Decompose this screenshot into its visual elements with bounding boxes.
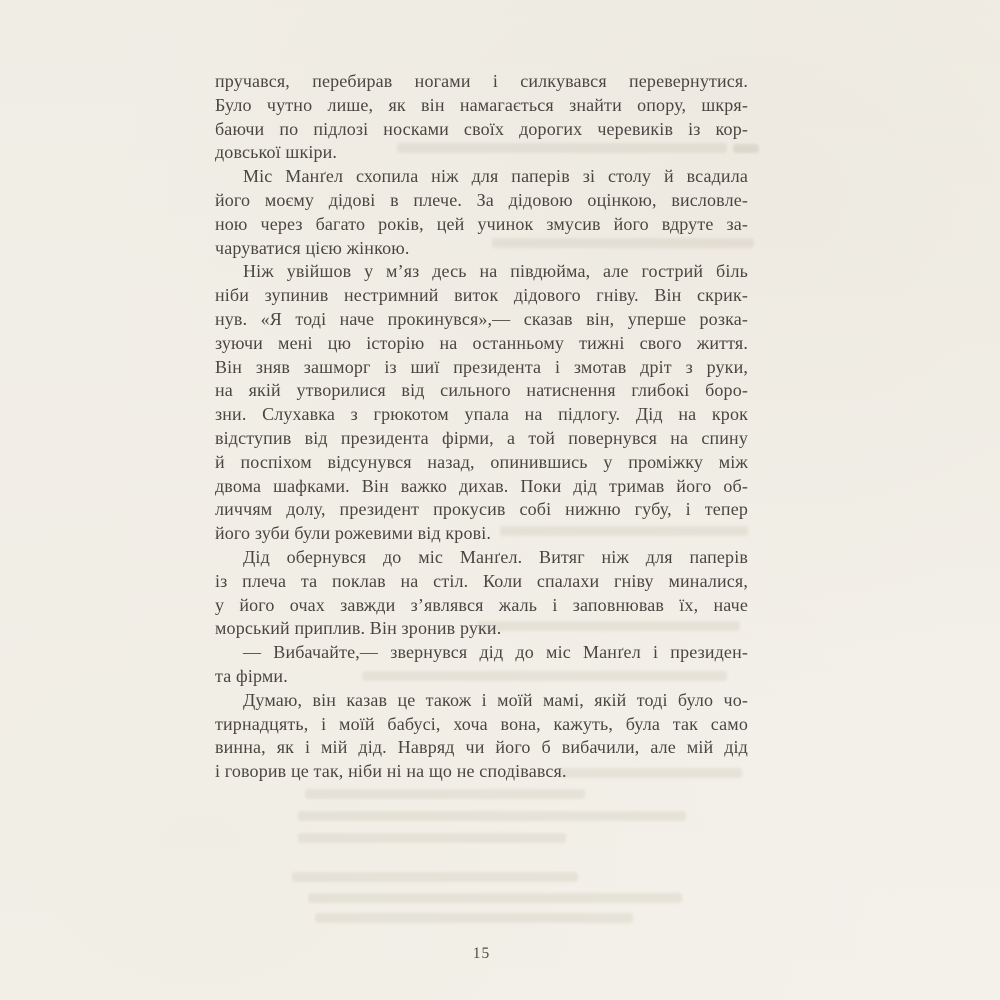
text-line: Було чутно лише, як він намагається знай… — [215, 94, 748, 118]
text-line: у його очах завжди з’являвся жаль і запо… — [215, 594, 748, 618]
text-line: відступив від президента фірми, а той по… — [215, 427, 748, 451]
bleed-through-line — [315, 913, 633, 923]
text-line: зни. Слухавка з грюкотом упала на підлог… — [215, 403, 748, 427]
paragraph: Міс Манґел схопила ніж для паперів зі ст… — [215, 165, 748, 260]
text-line: ніби зупинив нестримний виток дідового г… — [215, 284, 748, 308]
text-line: ною через багато років, цей учинок змуси… — [215, 213, 748, 237]
text-line: личчям долу, президент прокусив собі ниж… — [215, 498, 748, 522]
bleed-through-line — [305, 789, 585, 799]
bleed-through-line — [298, 811, 686, 821]
text-line: Дід обернувся до міс Манґел. Витяг ніж д… — [215, 546, 748, 570]
bleed-through-line — [292, 872, 578, 882]
text-line: винна, як і мій дід. Навряд чи його б ви… — [215, 736, 748, 760]
text-line: баючи по підлозі носками своїх дорогих ч… — [215, 118, 748, 142]
text-line: Думаю, він казав це також і моїй мамі, я… — [215, 689, 748, 713]
text-line: Міс Манґел схопила ніж для паперів зі ст… — [215, 165, 748, 189]
text-line: — Вибачайте,— звернувся дід до міс Манґе… — [215, 641, 748, 665]
text-line: його зуби були рожевими від крові. — [215, 522, 748, 546]
text-line: нув. «Я тоді наче прокинувся»,— сказав в… — [215, 308, 748, 332]
text-line: зуючи мені цю історію на останньому тижн… — [215, 332, 748, 356]
bleed-through-line — [298, 833, 566, 843]
text-line: і говорив це так, ніби ні на що не споді… — [215, 760, 748, 784]
book-page: пручався, перебирав ногами і силкувався … — [0, 0, 1000, 1000]
text-line: морський приплив. Він зронив руки. — [215, 617, 748, 641]
text-line: його моєму дідові в плече. За дідовою оц… — [215, 189, 748, 213]
paragraph-dialogue: — Вибачайте,— звернувся дід до міс Манґе… — [215, 641, 748, 689]
text-line: Ніж увійшов у м’яз десь на півдюйма, але… — [215, 260, 748, 284]
paragraph: Ніж увійшов у м’яз десь на півдюйма, але… — [215, 260, 748, 546]
text-line: довської шкіри. — [215, 141, 748, 165]
paragraph: пручався, перебирав ногами і силкувався … — [215, 70, 748, 165]
text-line: на якій утворилися від сильного натиснен… — [215, 379, 748, 403]
text-line: Він зняв зашморг із шиї президента і змо… — [215, 356, 748, 380]
text-line: та фірми. — [215, 665, 748, 689]
text-line: тирнадцять, і моїй бабусі, хоча вона, ка… — [215, 713, 748, 737]
text-block: пручався, перебирав ногами і силкувався … — [215, 70, 748, 784]
text-line: двома шафками. Він важко дихав. Поки дід… — [215, 475, 748, 499]
text-line: із плеча та поклав на стіл. Коли спалахи… — [215, 570, 748, 594]
text-line: пручався, перебирав ногами і силкувався … — [215, 70, 748, 94]
page-number: 15 — [215, 945, 748, 963]
bleed-through-line — [308, 893, 682, 903]
text-line: й поспіхом відсунувся назад, опинившись … — [215, 451, 748, 475]
paragraph: Дід обернувся до міс Манґел. Витяг ніж д… — [215, 546, 748, 641]
paragraph: Думаю, він казав це також і моїй мамі, я… — [215, 689, 748, 784]
text-line: чаруватися цією жінкою. — [215, 237, 748, 261]
